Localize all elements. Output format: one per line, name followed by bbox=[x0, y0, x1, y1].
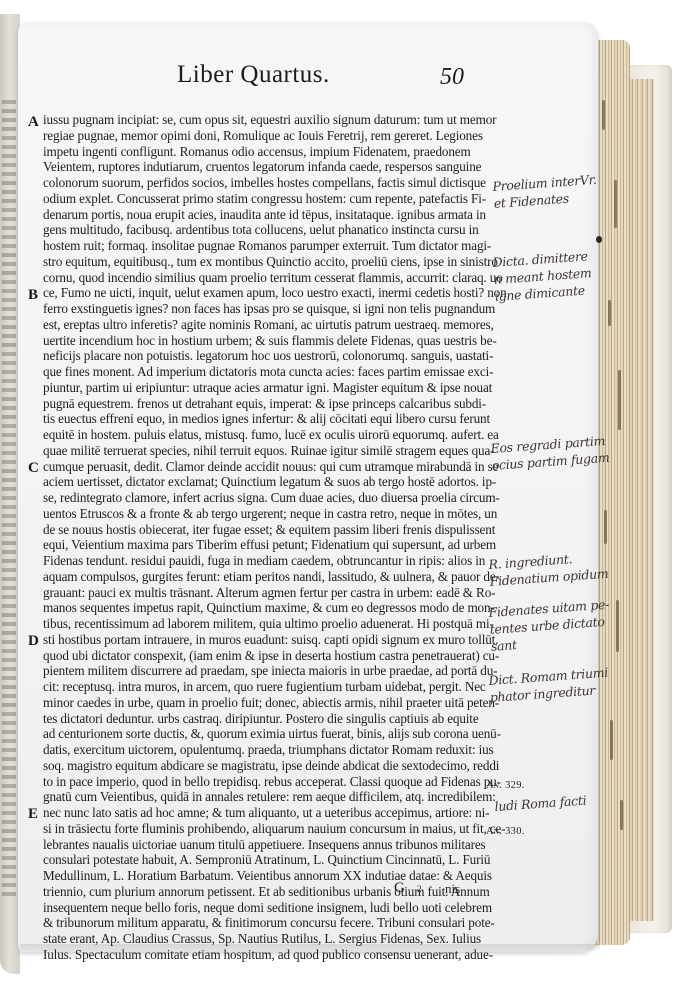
text-line: consulari potestate habuit, A. Semproniū… bbox=[43, 852, 461, 868]
section-letter-b: B bbox=[28, 287, 38, 304]
text-line bbox=[43, 963, 461, 979]
text-line: denarum portis, noua erupit acies, inaud… bbox=[43, 207, 461, 223]
text-line: uentos Etruscos & a fronte & ab tergo ur… bbox=[43, 506, 461, 522]
text-line: pientem militem discurrere ad praedam, s… bbox=[43, 663, 461, 679]
text-line: cumque peruasit, dedit. Clamor deinde ac… bbox=[43, 459, 461, 475]
facing-page-edge bbox=[0, 14, 20, 974]
text-line: cit: receptusq. intra muros, in arcem, q… bbox=[43, 679, 461, 695]
text-line: equitē in hostem. puluis elatus, mistusq… bbox=[43, 427, 461, 443]
text-line: tibus, recentissimum ad laborem militem,… bbox=[43, 616, 461, 632]
text-line: gnatū cum Veientibus, quidā in annales r… bbox=[43, 789, 461, 805]
manuscript-note-1: Proelium interVr. et Fidenates bbox=[492, 171, 598, 212]
foxing-stain bbox=[616, 600, 619, 652]
rear-board bbox=[628, 65, 672, 933]
text-line: tis euectus effreni equo, in medios igne… bbox=[43, 411, 461, 427]
folio-number: 50 bbox=[440, 64, 464, 91]
ink-spot bbox=[596, 236, 602, 243]
body-text: iussu pugnam incipiat: se, cum opus sit,… bbox=[43, 112, 461, 978]
margin-year-330: An. 330. bbox=[486, 826, 525, 837]
manuscript-note-2: Dicta. dimittere n meant hostem igne dim… bbox=[492, 247, 593, 305]
text-line: pugnā equestrem. frenos ut detrahant equ… bbox=[43, 396, 461, 412]
text-line: uertite incendium hoc in hostium urbem; … bbox=[43, 333, 461, 349]
running-head: Liber Quartus. bbox=[177, 61, 330, 89]
section-letter-c: C bbox=[28, 460, 39, 477]
foxing-stain bbox=[608, 300, 611, 326]
text-line: sti hostibus portam intrauere, in muros … bbox=[43, 632, 461, 648]
text-line: ad centurionem sorte ductis, &, quorum e… bbox=[43, 726, 461, 742]
catchword: nis bbox=[445, 881, 460, 897]
foxing-stain bbox=[610, 720, 613, 760]
text-line: grauant: pauci ex multis trāsnant. Alter… bbox=[43, 585, 461, 601]
text-line: colonorum suorum, perfidos socios, imbel… bbox=[43, 175, 461, 191]
text-line: aciem uertisset, dictator exclamat; Quin… bbox=[43, 474, 461, 490]
text-line: stro equitum, equitibusq., tum ex montib… bbox=[43, 254, 461, 270]
signature-mark: G bbox=[394, 880, 405, 897]
text-line: hostem ruit; formaq. insolitae pugnae Ro… bbox=[43, 238, 461, 254]
foxing-stain bbox=[614, 180, 617, 228]
text-line: lebrantes naualis uictoriae uanum titulū… bbox=[43, 837, 461, 853]
text-line: soq. magistro equitum abdicare se magist… bbox=[43, 758, 461, 774]
text-line: regiae pugnae, memor opimi doni, Romuliq… bbox=[43, 128, 461, 144]
text-line: to in pace imperio, quod in bello trepid… bbox=[43, 774, 461, 790]
text-line: Iulus. Spectaculum comitate etiam hospit… bbox=[43, 947, 461, 963]
text-line: aquam compulsos, gurgites ferunt: etiam … bbox=[43, 569, 461, 585]
text-line: state erant, Ap. Claudius Crassus, Sp. N… bbox=[43, 931, 461, 947]
text-line: minor caedes in urbe, quam in proelio fu… bbox=[43, 695, 461, 711]
text-line: se, redintegrato clamore, infert acrius … bbox=[43, 490, 461, 506]
text-line: tes dictatori deduntur. urbs castraq. di… bbox=[43, 711, 461, 727]
text-line: cornu, quod incendio similius quam proel… bbox=[43, 270, 461, 286]
rear-page-block bbox=[630, 79, 654, 921]
section-letter-a: A bbox=[28, 114, 39, 131]
text-line: iussu pugnam incipiat: se, cum opus sit,… bbox=[43, 112, 461, 128]
text-line: odium explet. Concusserat primo statim c… bbox=[43, 191, 461, 207]
text-line: que fines monent. Ad imperium dictatoris… bbox=[43, 364, 461, 380]
facing-page-text bbox=[2, 100, 16, 900]
text-line: Fidenas tendunt. residui pauidi, fuga in… bbox=[43, 553, 461, 569]
margin-year-329: An. 329. bbox=[486, 780, 525, 791]
text-line: piuntur, partim ui eripiuntur: utraque a… bbox=[43, 380, 461, 396]
text-line: & tribunorum militum apparatu, & finitim… bbox=[43, 915, 461, 931]
text-line: quod ubi dictator conspexit, (iam enim &… bbox=[43, 648, 461, 664]
text-line: manos sequentes impetus rapit, Quinctium… bbox=[43, 600, 461, 616]
text-line: ce, Fumo ne uicti, inquit, uelut examen … bbox=[43, 285, 461, 301]
text-line: ferro exstinguetis ignes? non faces has … bbox=[43, 301, 461, 317]
foxing-stain bbox=[620, 800, 623, 830]
fore-edge-page-block bbox=[594, 40, 630, 945]
text-line: impetu ingenti confligunt. Romanus odio … bbox=[43, 144, 461, 160]
foxing-stain bbox=[604, 510, 607, 544]
text-line: si in trāsiectu forte fluminis prohibend… bbox=[43, 821, 461, 837]
signature-number: 2 bbox=[417, 884, 422, 894]
text-line: Veientem, ruptores indutiarum, cruentos … bbox=[43, 159, 461, 175]
foxing-stain bbox=[602, 100, 605, 130]
text-line: nec nunc lato satis ad hoc amne; & tum a… bbox=[43, 805, 461, 821]
text-line: equi, Veientium maxima pars Tiberim effu… bbox=[43, 537, 461, 553]
text-line: insequentem neque bello foris, neque dom… bbox=[43, 900, 461, 916]
text-line: quae militē terruerat species, nihil ter… bbox=[43, 443, 461, 459]
text-line: gens multitudo, facibusq. ardentibus tot… bbox=[43, 222, 461, 238]
section-letter-e: E bbox=[28, 806, 38, 823]
section-letter-d: D bbox=[28, 633, 39, 650]
text-line: de se nouus hostis obiecerat, iter fugae… bbox=[43, 522, 461, 538]
text-line: neficijs placare non potuistis. legatoru… bbox=[43, 348, 461, 364]
text-line: datis, exercitum uictorem, opulentumq. p… bbox=[43, 742, 461, 758]
foxing-stain bbox=[618, 370, 621, 430]
text-line: est, ereptas ultro inferetis? agite nomi… bbox=[43, 317, 461, 333]
manuscript-note-5: Fidenates uitam pe- tentes urbe dictato … bbox=[488, 596, 612, 655]
